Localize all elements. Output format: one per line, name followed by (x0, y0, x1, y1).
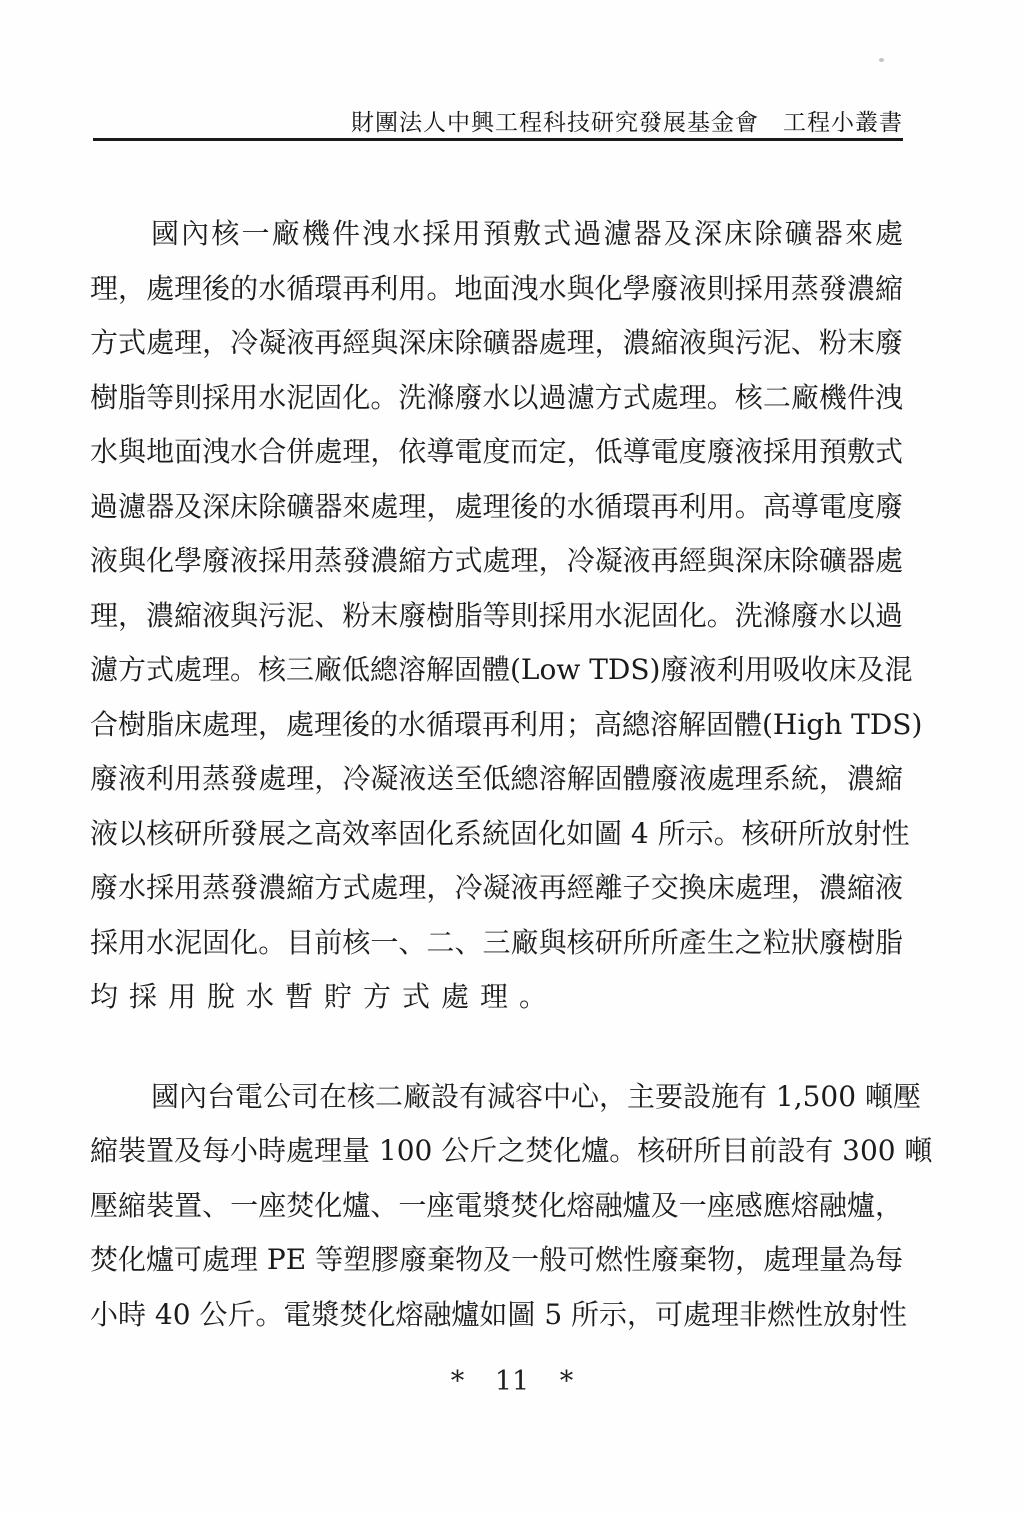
scan-artifact-dot (879, 58, 884, 62)
text-line: 國內台電公司在核二廠設有減容中心，主要設施有 1,500 噸壓 (90, 1070, 903, 1125)
text-line: 採用水泥固化。目前核一、二、三廠與核研所所產生之粒狀廢樹脂 (90, 916, 903, 971)
text-line: 過濾器及深床除礦器來處理，處理後的水循環再利用。高導電度廢 (90, 480, 903, 535)
text-line: 縮裝置及每小時處理量 100 公斤之焚化爐。核研所目前設有 300 噸 (90, 1124, 903, 1179)
text-line: 壓縮裝置、一座焚化爐、一座電漿焚化熔融爐及一座感應熔融爐， (90, 1179, 903, 1234)
text-line: 理，處理後的水循環再利用。地面洩水與化學廢液則採用蒸發濃縮 (90, 262, 903, 317)
document-page: 財團法人中興工程科技研究發展基金會 工程小叢書 國內核一廠機件洩水採用預敷式過濾… (0, 0, 1024, 1514)
text-line: 國內核一廠機件洩水採用預敷式過濾器及深床除礦器來處 (90, 207, 903, 262)
header-rule (93, 138, 903, 141)
text-line: 合樹脂床處理，處理後的水循環再利用；高總溶解固體(High TDS) (90, 698, 903, 753)
page-number: * 11 * (451, 1366, 574, 1397)
text-line: 廢水採用蒸發濃縮方式處理，冷凝液再經離子交換床處理，濃縮液 (90, 861, 903, 916)
body-text: 國內核一廠機件洩水採用預敷式過濾器及深床除礦器來處 理，處理後的水循環再利用。地… (90, 207, 903, 1342)
text-line: 濾方式處理。核三廠低總溶解固體(Low TDS)廢液利用吸收床及混 (90, 643, 903, 698)
text-line: 小時 40 公斤。電漿焚化熔融爐如圖 5 所示，可處理非燃性放射性 (90, 1288, 903, 1343)
running-header: 財團法人中興工程科技研究發展基金會 工程小叢書 (351, 104, 903, 137)
text-line: 方式處理，冷凝液再經與深床除礦器處理，濃縮液與污泥、粉末廢 (90, 316, 903, 371)
paragraph-2: 國內台電公司在核二廠設有減容中心，主要設施有 1,500 噸壓 縮裝置及每小時處… (90, 1070, 903, 1343)
text-line: 樹脂等則採用水泥固化。洗滌廢水以過濾方式處理。核二廠機件洩 (90, 371, 903, 426)
text-line: 液以核研所發展之高效率固化系統固化如圖 4 所示。核研所放射性 (90, 807, 903, 862)
paragraph-1: 國內核一廠機件洩水採用預敷式過濾器及深床除礦器來處 理，處理後的水循環再利用。地… (90, 207, 903, 1025)
text-line: 焚化爐可處理 PE 等塑膠廢棄物及一般可燃性廢棄物，處理量為每 (90, 1233, 903, 1288)
text-line: 理，濃縮液與污泥、粉末廢樹脂等則採用水泥固化。洗滌廢水以過 (90, 589, 903, 644)
text-line: 水與地面洩水合併處理，依導電度而定，低導電度廢液採用預敷式 (90, 425, 903, 480)
text-line: 均採用脫水暫貯方式處理。 (90, 970, 903, 1025)
text-line: 液與化學廢液採用蒸發濃縮方式處理，冷凝液再經與深床除礦器處 (90, 534, 903, 589)
running-header-title: 財團法人中興工程科技研究發展基金會 工程小叢書 (351, 110, 903, 136)
page-footer: * 11 * (0, 1366, 1024, 1397)
text-line: 廢液利用蒸發處理，冷凝液送至低總溶解固體廢液處理系統，濃縮 (90, 752, 903, 807)
